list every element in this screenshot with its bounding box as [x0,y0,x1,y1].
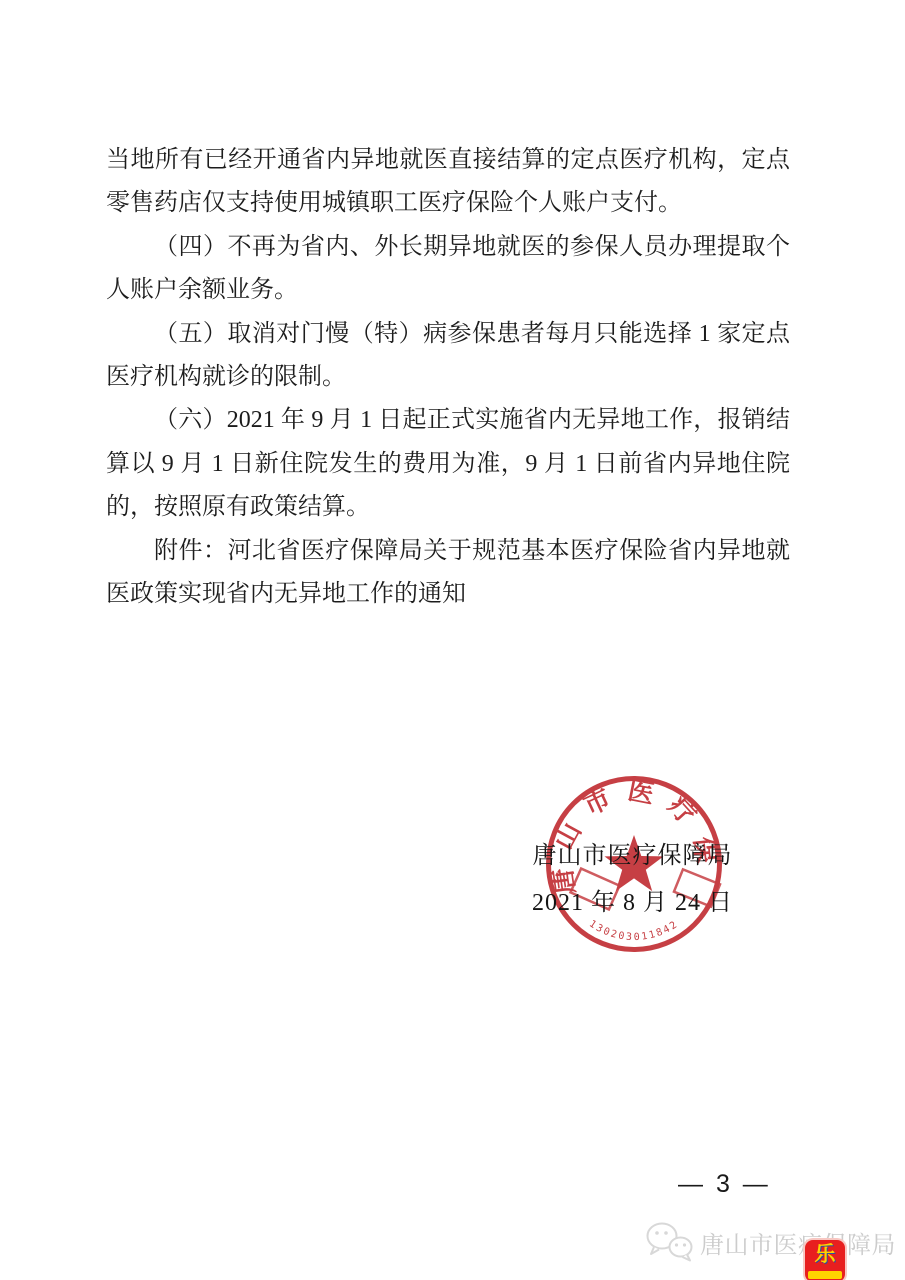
paragraph-item-6: （六）2021 年 9 月 1 日起正式实施省内无异地工作，报销结算以 9 月 … [106,399,790,529]
wechat-icon [645,1220,695,1264]
paragraph-item-5: （五）取消对门慢（特）病参保患者每月只能选择 1 家定点医疗机构就诊的限制。 [106,313,790,400]
paragraph-continuation: 当地所有已经开通省内异地就医直接结算的定点医疗机构，定点零售药店仅支持使用城镇职… [106,139,790,226]
footer: 唐山市医疗保障局 [645,1220,896,1264]
footer-account-name: 唐山市医疗保障局 [700,1225,896,1260]
miniapp-logo-band [808,1271,842,1279]
paragraph-item-4: （四）不再为省内、外长期异地就医的参保人员办理提取个人账户余额业务。 [106,226,790,313]
document-body: 当地所有已经开通省内异地就医直接结算的定点医疗机构，定点零售药店仅支持使用城镇职… [106,139,790,616]
signature-org: 唐山市医疗保障局 [525,841,740,871]
miniapp-logo: 乐 [805,1240,845,1280]
page-number: — 3 — [678,1170,771,1199]
signature-block: 唐山市医疗保障局 2021 年 8 月 24 日 [525,841,740,918]
document-page: 当地所有已经开通省内异地就医直接结算的定点医疗机构，定点零售药店仅支持使用城镇职… [0,0,905,1280]
miniapp-logo-glyph: 乐 [805,1242,845,1266]
paragraph-attachment: 附件：河北省医疗保障局关于规范基本医疗保险省内异地就医政策实现省内无异地工作的通… [106,530,790,617]
signature-date: 2021 年 8 月 24 日 [525,888,740,918]
